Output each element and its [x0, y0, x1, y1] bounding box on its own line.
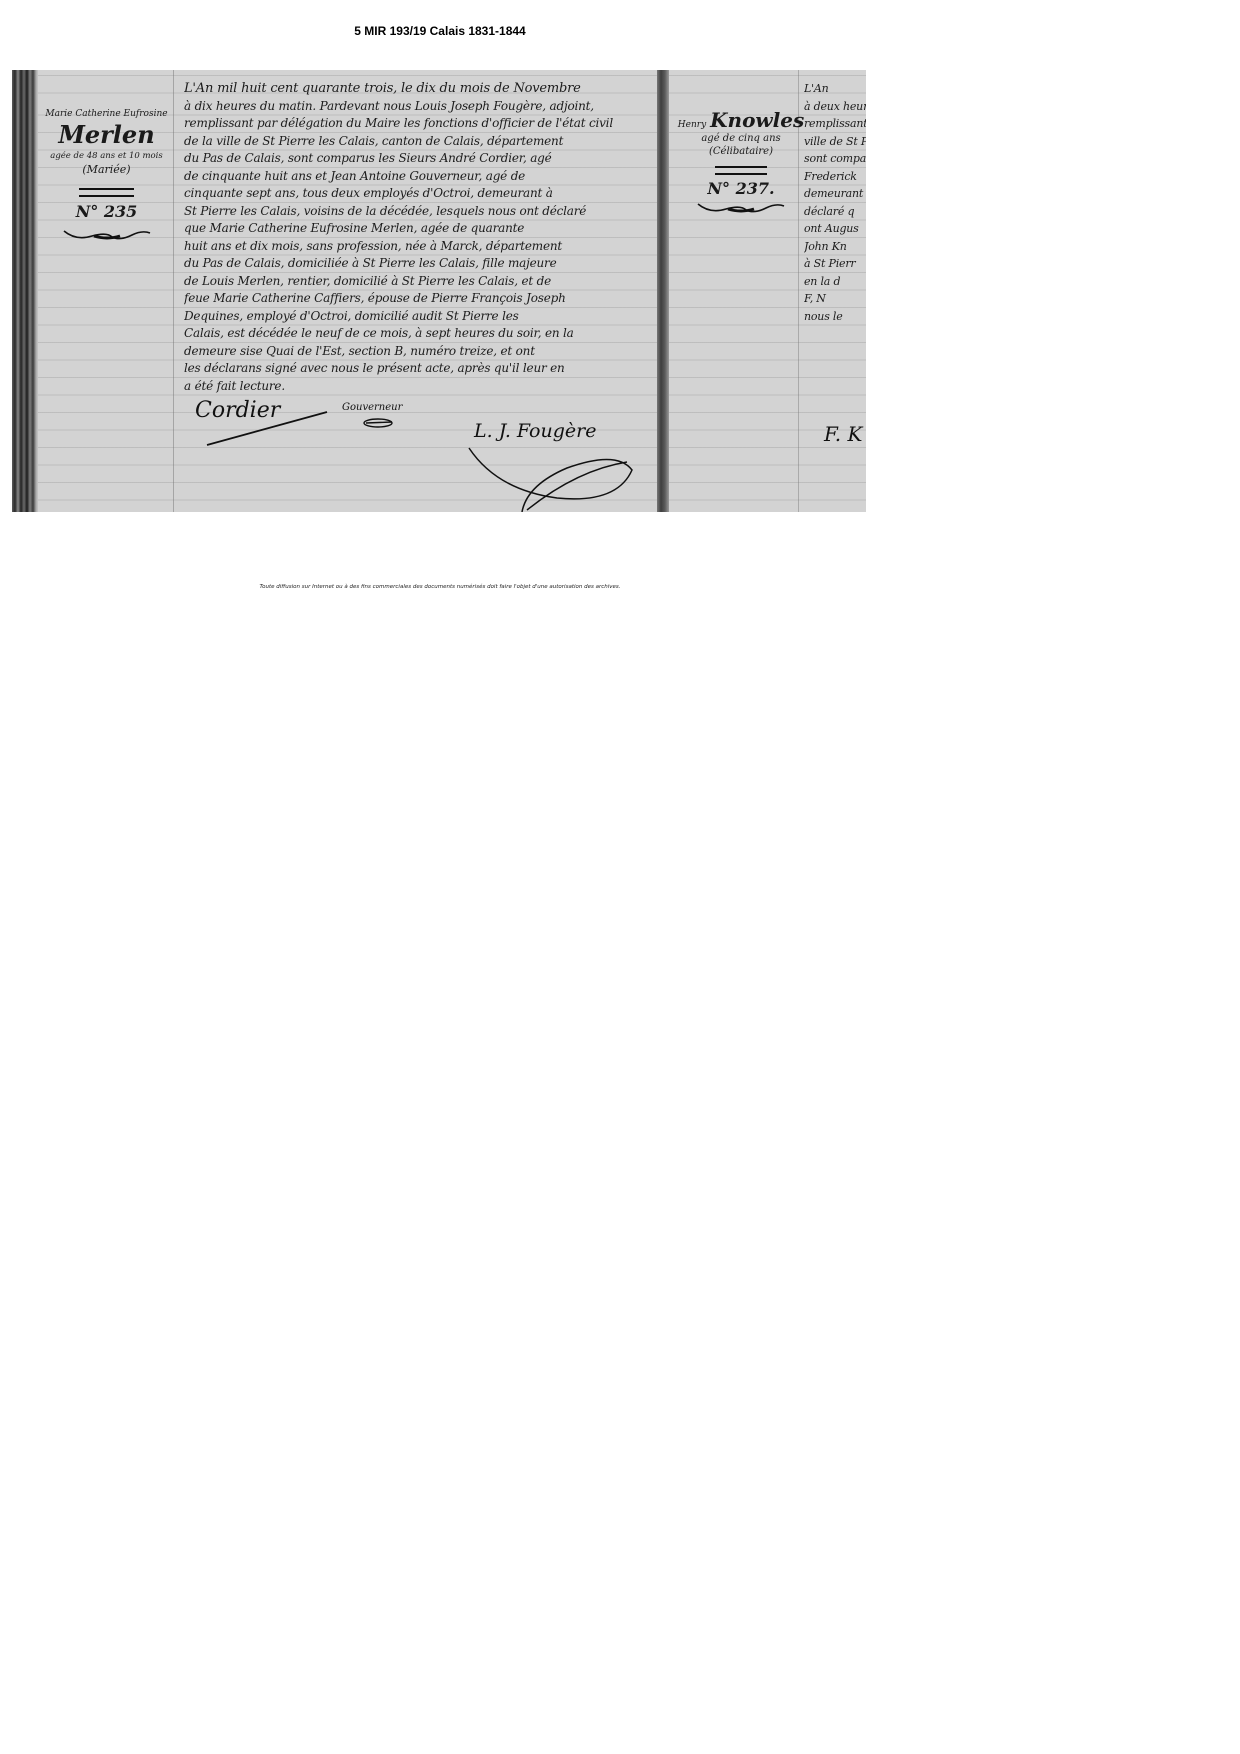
act-line: en la d	[804, 273, 866, 291]
act-line: ville de St P	[804, 133, 866, 151]
scanned-register-page: Marie Catherine Eufrosine Merlen agée de…	[12, 70, 866, 512]
double-rule-divider	[715, 166, 767, 175]
act-line: Frederick	[804, 168, 866, 186]
right-margin-entry: Henry Knowles agé de cinq ans (Célibatai…	[682, 108, 800, 214]
margin-surname: Knowles	[710, 108, 804, 132]
act-number: N° 237.	[682, 179, 800, 198]
flourish-ornament	[696, 200, 786, 214]
act-line: John Kn	[804, 238, 866, 256]
archive-usage-notice: Toute diffusion sur Internet ou à des fi…	[0, 584, 880, 590]
document-title: 5 MIR 193/19 Calais 1831-1844	[0, 24, 880, 38]
signature-officer-paraph	[467, 440, 647, 512]
signature-underline-stroke	[202, 410, 332, 450]
act-line: F, N	[804, 290, 866, 308]
margin-age: agé de cinq ans	[682, 132, 800, 145]
act-line: nous le	[804, 308, 866, 326]
act-line: déclaré q	[804, 203, 866, 221]
act-line: L'An	[804, 80, 866, 98]
signature-officer: L. J. Fougère	[474, 420, 596, 442]
act-line: remplissant	[804, 115, 866, 133]
act-line: à deux heures	[804, 98, 866, 116]
signature-fragment-right: F. K	[824, 422, 862, 446]
act-line: ont Augus	[804, 220, 866, 238]
margin-given-names: Henry	[678, 120, 706, 130]
signature-paraph	[360, 416, 400, 430]
act-line: à St Pierr	[804, 255, 866, 273]
margin-marital-status: (Célibataire)	[682, 145, 800, 158]
act-text-right: L'An à deux heures remplissant ville de …	[804, 80, 866, 325]
act-line: sont compa	[804, 150, 866, 168]
act-line: demeurant	[804, 185, 866, 203]
signature-declarant-2: Gouverneur	[342, 402, 402, 413]
